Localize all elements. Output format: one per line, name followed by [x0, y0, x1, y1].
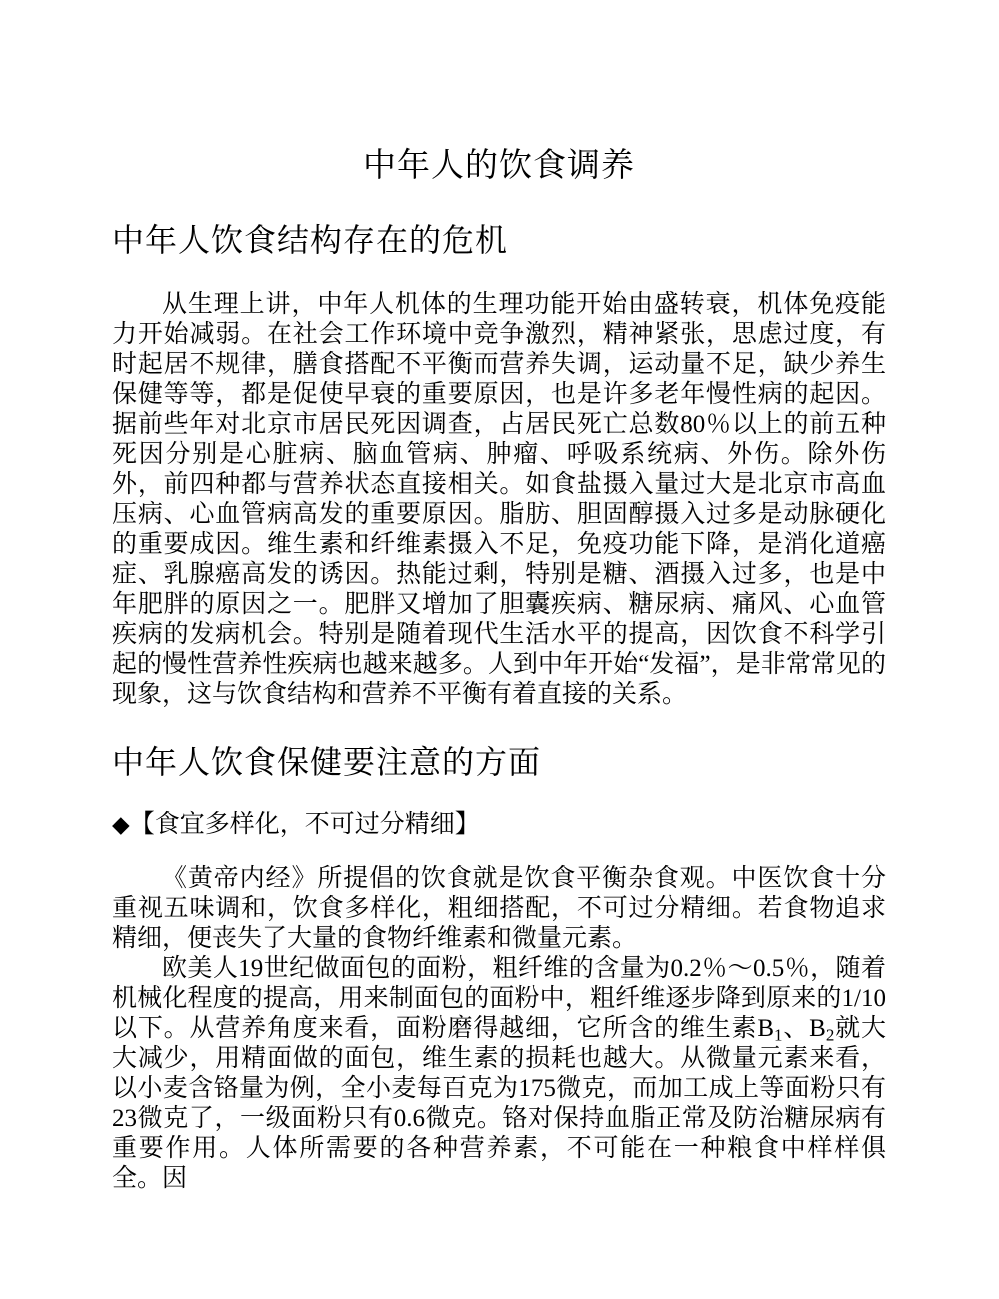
paragraph-flour-nutrients: 欧美人19世纪做面包的面粉，粗纤维的含量为0.2％～0.5％，随着机械化程度的提…	[112, 954, 886, 1194]
paragraph-diet-structure-crisis: 从生理上讲，中年人机体的生理功能开始由盛转衰，机体免疫能力开始减弱。在社会工作环…	[112, 290, 886, 710]
document-page: 中年人的饮食调养 中年人饮食结构存在的危机 从生理上讲，中年人机体的生理功能开始…	[112, 149, 886, 1194]
paragraph-huangdi-neijing: 《黄帝内经》所提倡的饮食就是饮食平衡杂食观。中医饮食十分重视五味调和，饮食多样化…	[112, 864, 886, 954]
section-heading-diet-health-aspects: 中年人饮食保健要注意的方面	[112, 744, 886, 780]
section-heading-diet-structure-crisis: 中年人饮食结构存在的危机	[112, 222, 886, 258]
subsection-heading-food-variety: ◆【食宜多样化，不可过分精细】	[112, 810, 886, 840]
subsection-heading-label: 【食宜多样化，不可过分精细】	[130, 811, 480, 838]
document-title: 中年人的饮食调养	[112, 149, 886, 183]
diamond-bullet-icon: ◆	[112, 812, 130, 837]
